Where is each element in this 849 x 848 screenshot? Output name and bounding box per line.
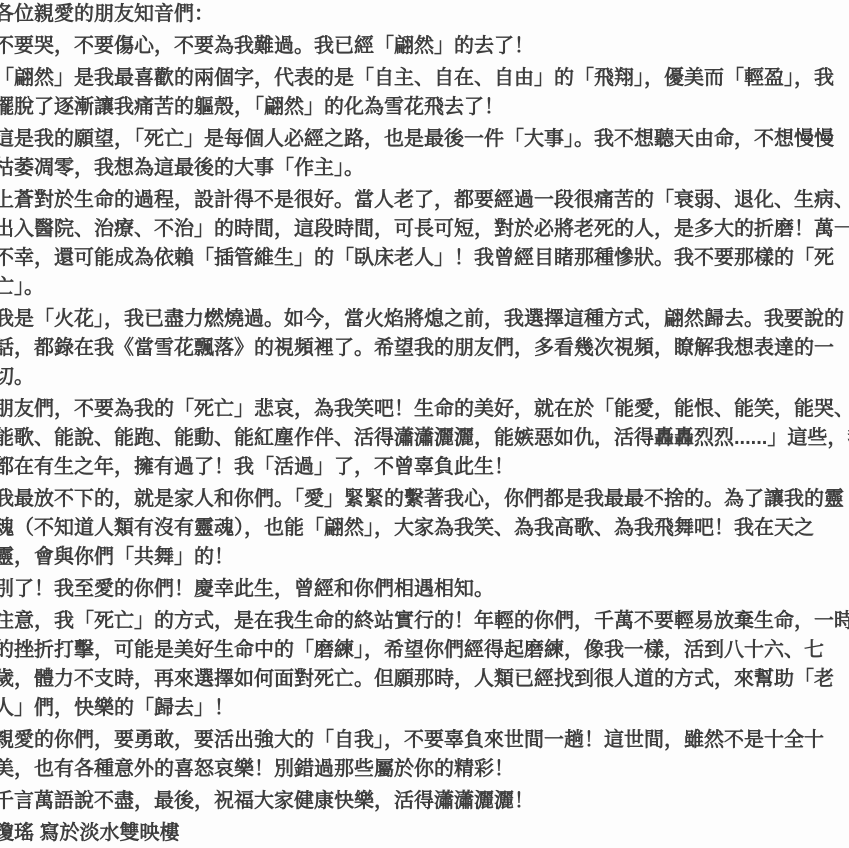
- text-line: 出入醫院、治療、不治」的時間，這段時間，可長可短，對於必將老死的人，是多大的折磨…: [0, 215, 849, 244]
- text-line: 歲，體力不支時，再來選擇如何面對死亡。但願那時，人類已經找到很人道的方式，來幫助…: [0, 665, 849, 694]
- attachment: 我最放不下的，就是家人和你們。「愛」緊緊的繫著我心，你們都是我最最不捨的。為了讓…: [0, 485, 849, 572]
- text-line: 千言萬語說不盡，最後，祝福大家健康快樂，活得瀟瀟灑灑！: [0, 787, 849, 816]
- text-line: 各位親愛的朋友知音們：: [0, 0, 849, 29]
- text-line: 別了！我至愛的你們！慶幸此生，曾經和你們相遇相知。: [0, 575, 849, 604]
- text-line: 這是我的願望，「死亡」是每個人必經之路，也是最後一件「大事」。我不想聽天由命，不…: [0, 125, 849, 154]
- text-line: 靈，會與你們「共舞」的！: [0, 543, 849, 572]
- spark: 我是「火花」，我已盡力燃燒過。如今，當火焰將熄之前，我選擇這種方式，翩然歸去。我…: [0, 305, 849, 392]
- text-line: 擺脫了逐漸讓我痛苦的軀殼，「翩然」的化為雪花飛去了！: [0, 93, 849, 122]
- text-line: 不幸，還可能成為依賴「插管維生」的「臥床老人」！我曾經目睹那種慘狀。我不要那樣的…: [0, 244, 849, 273]
- my-wish: 這是我的願望，「死亡」是每個人必經之路，也是最後一件「大事」。我不想聽天由命，不…: [0, 125, 849, 183]
- salutation: 各位親愛的朋友知音們：: [0, 0, 849, 29]
- text-line: 不要哭，不要傷心，不要為我難過。我已經「翩然」的去了！: [0, 32, 849, 61]
- opening: 不要哭，不要傷心，不要為我難過。我已經「翩然」的去了！: [0, 32, 849, 61]
- text-line: 話，都錄在我《當雪花飄落》的視頻裡了。希望我的朋友們，多看幾次視頻，瞭解我想表達…: [0, 334, 849, 363]
- letter-document: 各位親愛的朋友知音們：不要哭，不要傷心，不要為我難過。我已經「翩然」的去了！「翩…: [0, 0, 849, 848]
- friends-smile: 朋友們，不要為我的「死亡」悲哀，為我笑吧！生命的美好，就在於「能愛，能恨、能笑，…: [0, 395, 849, 482]
- blessing: 千言萬語說不盡，最後，祝福大家健康快樂，活得瀟瀟灑灑！: [0, 787, 849, 816]
- text-line: 親愛的你們，要勇敢，要活出強大的「自我」，不要辜負來世間一趟！這世間，雖然不是十…: [0, 726, 849, 755]
- text-line: 切。: [0, 363, 849, 392]
- text-line: 枯萎凋零，我想為這最後的大事「作主」。: [0, 154, 849, 183]
- text-line: 能歌、能說、能跑、能動、能紅塵作伴、活得瀟瀟灑灑，能嫉惡如仇，活得轟轟烈烈...…: [0, 424, 849, 453]
- text-line: 人」們，快樂的「歸去」！: [0, 694, 849, 723]
- farewell: 別了！我至愛的你們！慶幸此生，曾經和你們相遇相知。: [0, 575, 849, 604]
- text-line: 美，也有各種意外的喜怒哀樂！別錯過那些屬於你的精彩！: [0, 755, 849, 784]
- signature: 瓊瑤 寫於淡水雙映樓: [0, 819, 849, 848]
- warning-to-young: 注意，我「死亡」的方式，是在我生命的終站實行的！年輕的你們，千萬不要輕易放棄生命…: [0, 607, 849, 723]
- text-line: 亡」。: [0, 273, 849, 302]
- text-line: 注意，我「死亡」的方式，是在我生命的終站實行的！年輕的你們，千萬不要輕易放棄生命…: [0, 607, 849, 636]
- text-line: 魂（不知道人類有沒有靈魂），也能「翩然」，大家為我笑、為我高歌、為我飛舞吧！我在…: [0, 514, 849, 543]
- aging-process: 上蒼對於生命的過程，設計得不是很好。當人老了，都要經過一段很痛苦的「衰弱、退化、…: [0, 186, 849, 302]
- text-line: 瓊瑤 寫於淡水雙映樓: [0, 819, 849, 848]
- text-line: 我是「火花」，我已盡力燃燒過。如今，當火焰將熄之前，我選擇這種方式，翩然歸去。我…: [0, 305, 849, 334]
- text-line: 朋友們，不要為我的「死亡」悲哀，為我笑吧！生命的美好，就在於「能愛，能恨、能笑，…: [0, 395, 849, 424]
- text-line: 我最放不下的，就是家人和你們。「愛」緊緊的繫著我心，你們都是我最最不捨的。為了讓…: [0, 485, 849, 514]
- pianran-meaning: 「翩然」是我最喜歡的兩個字，代表的是「自主、自在、自由」的「飛翔」，優美而「輕盈…: [0, 64, 849, 122]
- text-line: 的挫折打擊，可能是美好生命中的「磨練」，希望你們經得起磨練，像我一樣，活到八十六…: [0, 636, 849, 665]
- text-line: 「翩然」是我最喜歡的兩個字，代表的是「自主、自在、自由」的「飛翔」，優美而「輕盈…: [0, 64, 849, 93]
- text-line: 上蒼對於生命的過程，設計得不是很好。當人老了，都要經過一段很痛苦的「衰弱、退化、…: [0, 186, 849, 215]
- text-line: 都在有生之年，擁有過了！我「活過」了，不曾辜負此生！: [0, 453, 849, 482]
- encouragement: 親愛的你們，要勇敢，要活出強大的「自我」，不要辜負來世間一趟！這世間，雖然不是十…: [0, 726, 849, 784]
